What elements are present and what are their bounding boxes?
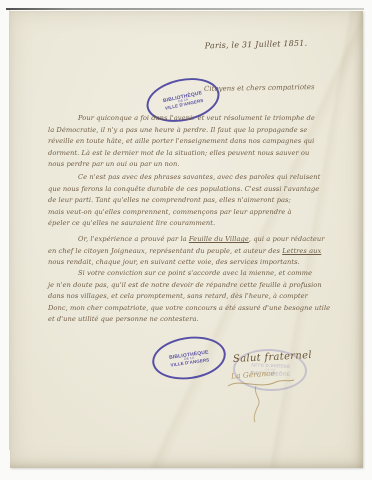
body-paragraph-3: Or, l'expérience a prouvé par la Feuille… (48, 234, 324, 269)
body-paragraph-4: Si votre conviction sur ce point s'accor… (48, 268, 324, 326)
signature-flourish (222, 372, 302, 424)
handwritten-line: Donc, mon cher compatriote, que votre co… (48, 303, 324, 315)
library-stamp-text: BIBLIOTHÈQUE DE LA VILLE D'ANGERS (162, 90, 204, 111)
line-text: en chef le citoyen Joigneaux, représenta… (48, 247, 282, 255)
handwritten-line: nous perdre par un oui ou par un non. (48, 159, 324, 171)
body-paragraph-1: Pour quiconque a foi dans l'avenir et ve… (48, 113, 324, 171)
handwritten-line: Si votre conviction sur ce point s'accor… (48, 268, 324, 280)
handwritten-line: réveille en toute hâte, et aille porter … (48, 136, 324, 148)
handwritten-line: la Démocratie, il n'y a pas une heure à … (48, 125, 324, 137)
handwritten-line: Or, l'expérience a prouvé par la Feuille… (48, 234, 324, 246)
scanned-letter-page: Paris, le 31 Juillet 1851. BIBLIOTHÈQUE … (0, 0, 372, 480)
handwritten-line: et d'une utilité que personne ne contest… (48, 314, 324, 326)
handwritten-line: de leur parti. Tant qu'elles ne comprend… (48, 195, 324, 207)
handwritten-line: Pour quiconque a foi dans l'avenir et ve… (48, 113, 324, 125)
line-text: Or, l'expérience a prouvé par la (78, 235, 189, 243)
handwritten-line: dans nos villages, et cela promptement, … (48, 291, 324, 303)
body-paragraph-2: Ce n'est pas avec des phrases savantes, … (48, 172, 324, 230)
underlined-title-lettres: Lettres aux (282, 247, 321, 255)
handwritten-line: que nous ferons la conquête durable de c… (48, 184, 324, 196)
handwritten-line: mais veut-on qu'elles comprennent, comme… (48, 207, 324, 219)
handwritten-line: je n'en doute pas, qu'il est de notre de… (48, 280, 324, 292)
handwritten-line: nous rendait, chaque jour, en suivant ce… (48, 257, 324, 269)
line-text: , qui a pour rédacteur (249, 235, 325, 243)
scan-edge-line (6, 8, 364, 10)
library-stamp-text: BIBLIOTHÈQUE DE LA VILLE D'ANGERS (168, 349, 209, 367)
handwritten-line: Ce n'est pas avec des phrases savantes, … (48, 172, 324, 184)
handwritten-line: dorment. Là est le dernier mot de la sit… (48, 148, 324, 160)
handwritten-line: en chef le citoyen Joigneaux, représenta… (48, 246, 324, 258)
underlined-title-feuille-du-village: Feuille du Village (189, 235, 249, 243)
handwritten-line: épeler ce qu'elles ne sauraient lire cou… (48, 218, 324, 230)
